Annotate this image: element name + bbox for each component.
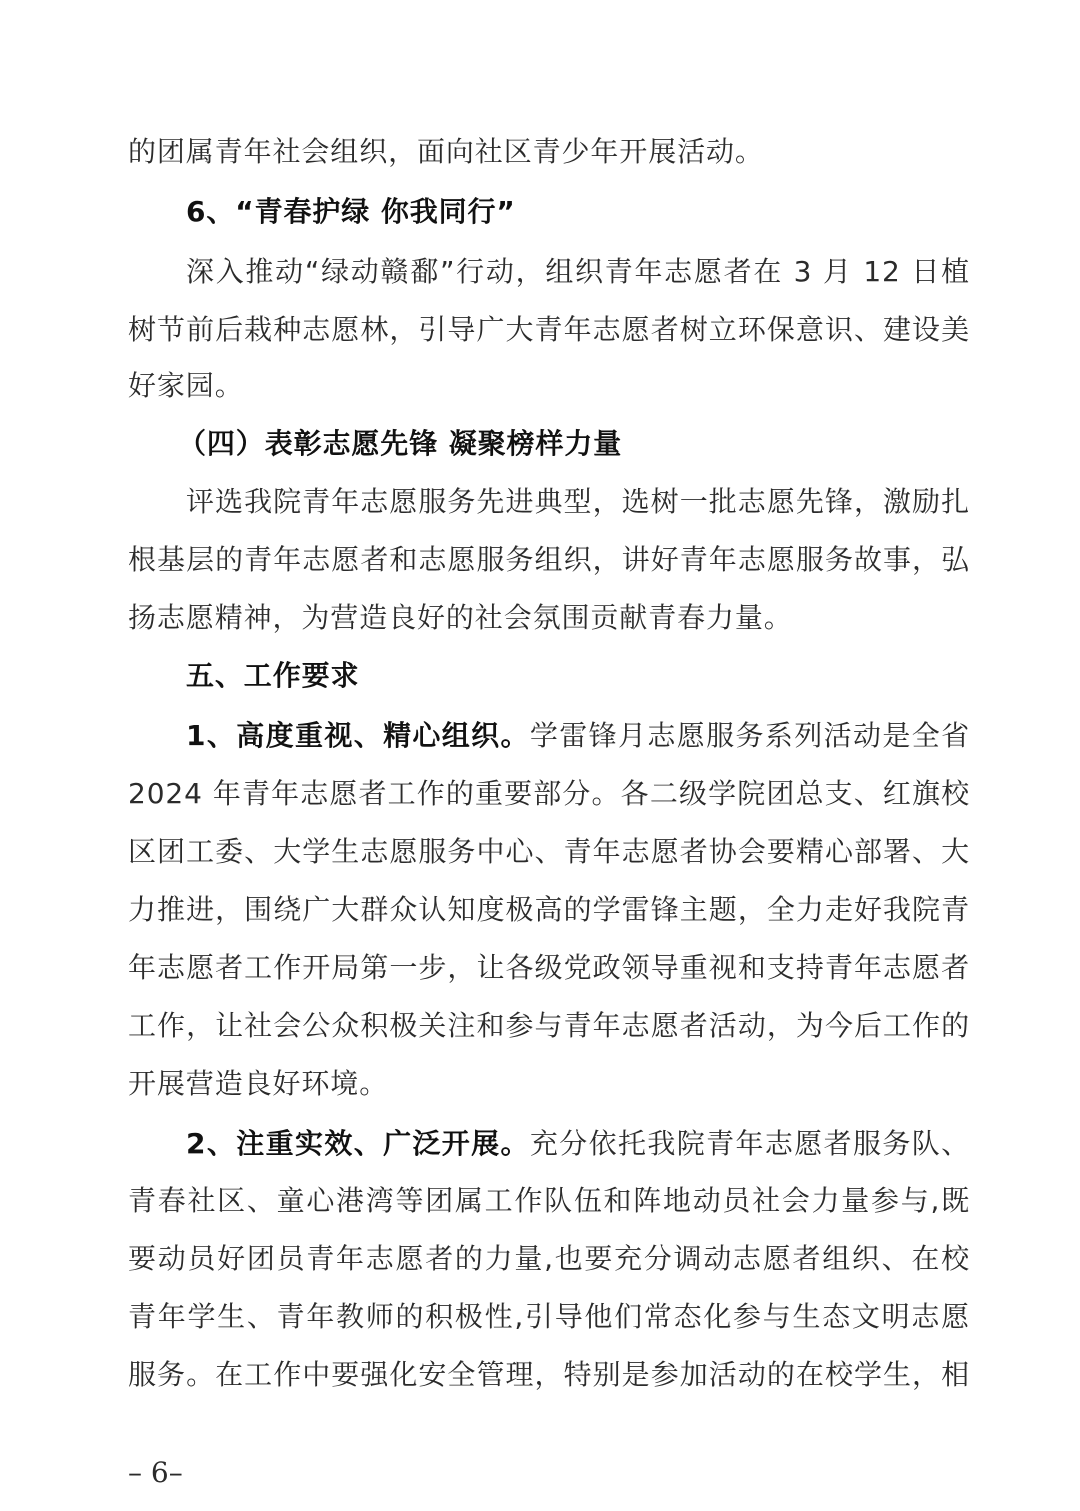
- paragraph-line: 好家园。: [128, 366, 970, 406]
- section-heading-5: 五、工作要求: [186, 656, 970, 696]
- paragraph-line: 青年学生、青年教师的积极性,引导他们常态化参与生态文明志愿: [128, 1297, 970, 1337]
- paragraph-line: 要动员好团员青年志愿者的力量,也要充分调动志愿者组织、在校: [128, 1239, 970, 1279]
- section-heading-4: （四）表彰志愿先锋 凝聚榜样力量: [178, 424, 1020, 464]
- requirement-2-title: 2、注重实效、广泛开展。: [186, 1127, 530, 1160]
- paragraph-line: 的团属青年社会组织，面向社区青少年开展活动。: [128, 132, 970, 172]
- paragraph-line: 2024 年青年志愿者工作的重要部分。各二级学院团总支、红旗校: [128, 774, 970, 814]
- paragraph-line: 评选我院青年志愿服务先进典型，选树一批志愿先锋，激励扎: [186, 482, 970, 522]
- requirement-1-text: 学雷锋月志愿服务系列活动是全省: [530, 719, 970, 752]
- paragraph-line: 年志愿者工作开局第一步，让各级党政领导重视和支持青年志愿者: [128, 948, 970, 988]
- paragraph-line: 开展营造良好环境。: [128, 1064, 970, 1104]
- paragraph-line-requirement-1: 1、高度重视、精心组织。学雷锋月志愿服务系列活动是全省: [186, 716, 970, 756]
- paragraph-line: 树节前后栽种志愿林，引导广大青年志愿者树立环保意识、建设美: [128, 310, 970, 350]
- requirement-2-text: 充分依托我院青年志愿者服务队、: [530, 1127, 970, 1160]
- page-number: – 6–: [128, 1455, 183, 1491]
- section-heading-6: 6、“青春护绿 你我同行”: [186, 192, 970, 232]
- paragraph-line: 扬志愿精神，为营造良好的社会氛围贡献青春力量。: [128, 598, 970, 638]
- paragraph-line: 深入推动“绿动赣鄱”行动，组织青年志愿者在 3 月 12 日植: [186, 252, 970, 292]
- paragraph-line: 区团工委、大学生志愿服务中心、青年志愿者协会要精心部署、大: [128, 832, 970, 872]
- paragraph-line: 工作，让社会公众积极关注和参与青年志愿者活动，为今后工作的: [128, 1006, 970, 1046]
- document-page: 的团属青年社会组织，面向社区青少年开展活动。 6、“青春护绿 你我同行” 深入推…: [0, 0, 1080, 1511]
- paragraph-line-requirement-2: 2、注重实效、广泛开展。充分依托我院青年志愿者服务队、: [186, 1124, 970, 1164]
- paragraph-line: 力推进，围绕广大群众认知度极高的学雷锋主题，全力走好我院青: [128, 890, 970, 930]
- paragraph-line: 根基层的青年志愿者和志愿服务组织，讲好青年志愿服务故事，弘: [128, 540, 970, 580]
- paragraph-line: 青春社区、童心港湾等团属工作队伍和阵地动员社会力量参与,既: [128, 1181, 970, 1221]
- paragraph-line: 服务。在工作中要强化安全管理，特别是参加活动的在校学生，相: [128, 1355, 970, 1395]
- requirement-1-title: 1、高度重视、精心组织。: [186, 719, 530, 752]
